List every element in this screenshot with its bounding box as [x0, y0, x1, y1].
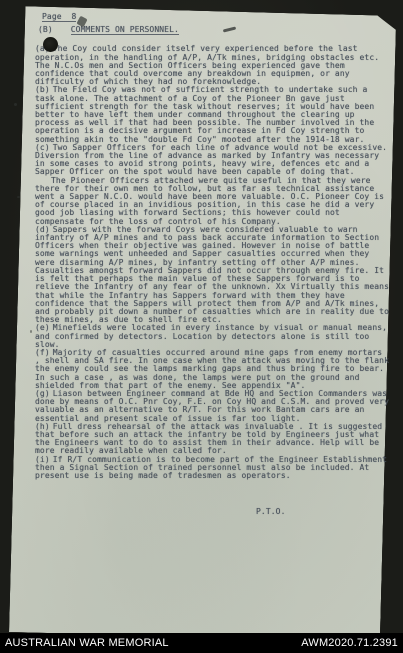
paragraph-e: (e)Minefields were located in every inst… [35, 324, 389, 349]
paragraph-d: (d)Sappers with the forward Coys were co… [35, 226, 389, 324]
paragraph-text: If R/T communication is to become part o… [35, 455, 387, 480]
paragraph-text: Minefields were located in every instanc… [35, 323, 387, 348]
paragraph-i: (i)If R/T communication is to become par… [35, 456, 389, 481]
paragraph-list: (a)The Coy could consider itself very ex… [35, 45, 389, 480]
page-label: Page [42, 12, 62, 21]
paragraph-g: (g)Liason between Engineer command at Bd… [35, 390, 389, 423]
paper-speck [30, 330, 32, 333]
paragraph-a: (a)The Coy could consider itself very ex… [35, 45, 389, 86]
paragraph-text: Sappers with the forward Coys were consi… [35, 225, 389, 324]
paragraph-b: (b)The Field Coy was not of sufficient s… [35, 86, 389, 143]
paragraph-text: The Field Coy was not of sufficient stre… [35, 85, 374, 143]
paragraph-c-continuation: The Pioneer Officers attached were quite… [35, 177, 389, 226]
paragraph-text: Full dress rehearsal of the attack was i… [35, 422, 382, 456]
document-content: Page 8 (B)COMMENTS ON PERSONNEL. (a)The … [35, 13, 389, 516]
pto-mark: P.T.O. [256, 508, 389, 516]
punch-hole [43, 37, 58, 52]
paragraph-f: (f)Majority of casualties occurred aroun… [35, 349, 389, 390]
section-label: (B) [38, 25, 53, 34]
paragraph-text: Liason between Engineer command at Bde H… [35, 389, 389, 423]
page-number-line: Page 8 [42, 13, 389, 21]
section-heading: (B)COMMENTS ON PERSONNEL. [35, 26, 389, 34]
archive-footer-bar: AUSTRALIAN WAR MEMORIAL AWM2020.71.2391 [0, 633, 403, 653]
paragraph-text: The Coy could consider itself very exper… [35, 44, 379, 86]
scan-stage: Page 8 (B)COMMENTS ON PERSONNEL. (a)The … [0, 0, 403, 653]
paragraph-text: Majority of casualties occurred around m… [35, 348, 389, 390]
paragraph-h: (h)Full dress rehearsal of the attack wa… [35, 423, 389, 456]
paper-speck [17, 196, 20, 198]
paragraph-text: Two Sapper Officers for each line of adv… [35, 143, 387, 177]
page-number-underlined: Page 8 [42, 12, 76, 22]
page-number: 8 [72, 12, 77, 21]
paragraph-text: The Pioneer Officers attached were quite… [35, 176, 384, 226]
paragraph-c: (c)Two Sapper Officers for each line of … [35, 144, 389, 177]
section-title: COMMENTS ON PERSONNEL. [71, 25, 179, 35]
archive-name: AUSTRALIAN WAR MEMORIAL [5, 637, 169, 649]
archive-reference-number: AWM2020.71.2391 [301, 637, 398, 649]
paper-speck [14, 103, 17, 106]
